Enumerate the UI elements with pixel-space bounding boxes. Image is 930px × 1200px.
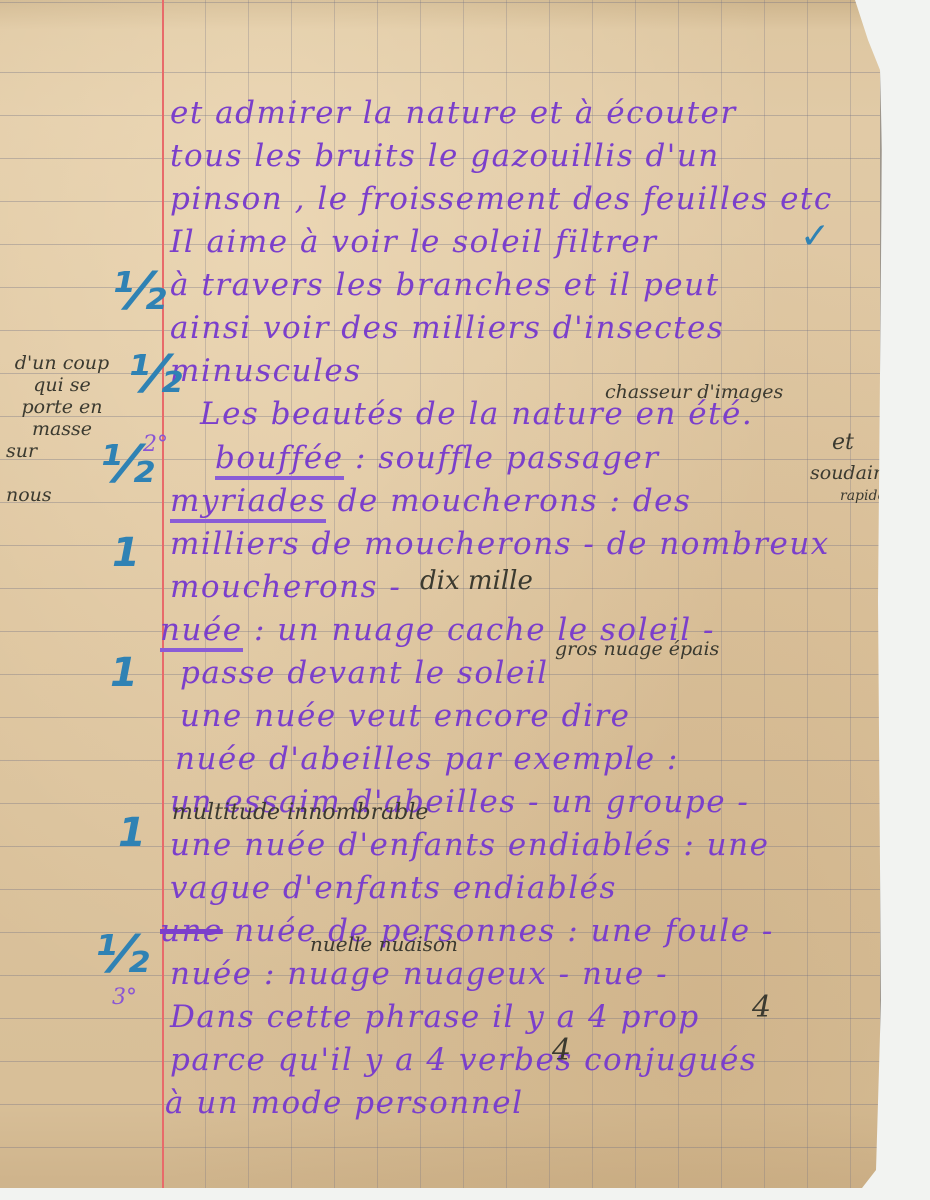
text-line: à travers les branches et il peut — [170, 267, 720, 303]
text-line: moucherons - — [170, 569, 401, 605]
text-line: milliers de moucherons - de nombreux — [170, 526, 830, 562]
pencil-annotation: multitude innombrable — [172, 800, 428, 825]
grade-mark: ½ — [128, 345, 182, 405]
grade-mark: 1 — [118, 810, 146, 856]
text-line: tous les bruits le gazouillis d'un — [170, 138, 720, 174]
margin-note-line: d'un coup — [2, 352, 122, 374]
text-line: passe devant le soleil — [180, 655, 549, 691]
text-line: à un mode personnel — [165, 1085, 524, 1121]
grade-mark: ½ — [95, 925, 149, 985]
text-line: nuée d'abeilles par exemple : — [175, 741, 679, 777]
definition-text: de moucherons : des — [326, 483, 691, 519]
text-line: une nuée de personnes : une foule - — [160, 913, 774, 949]
defined-word: myriades — [170, 483, 326, 523]
defined-word: nuée — [160, 612, 243, 652]
text-line: une nuée d'enfants endiablés : une — [170, 827, 769, 863]
text-line: Il aime à voir le soleil filtrer — [170, 224, 657, 260]
text-line: parce qu'il y a 4 verbes conjugués — [170, 1042, 757, 1078]
grade-mark: 1 — [112, 530, 140, 576]
pencil-annotation: gros nuage épais — [555, 638, 719, 660]
section-marker: 3° — [112, 985, 137, 1010]
pencil-annotation: dix mille — [420, 566, 533, 596]
grade-mark: 1 — [110, 650, 138, 696]
margin-note-line: qui se — [2, 374, 122, 396]
grade-mark: ½ — [112, 262, 166, 322]
pencil-correction: 4 — [552, 1033, 571, 1068]
line-text: nuée de personnes : une foule - — [223, 913, 774, 949]
pencil-correction: 4 — [752, 990, 771, 1025]
margin-note-line: porte en — [2, 396, 122, 418]
text-line: pinson , le froissement des feuilles etc — [170, 181, 833, 217]
text-line: Dans cette phrase il y a 4 prop — [170, 999, 700, 1035]
pencil-annotation: soudain — [810, 462, 885, 484]
grade-mark: ½ — [100, 435, 154, 495]
struck-word: une — [160, 913, 223, 949]
text-line: une nuée veut encore dire — [180, 698, 631, 734]
pencil-annotation: nuelle nuaison — [310, 932, 458, 956]
red-margin-line — [162, 0, 164, 1188]
text-line: et admirer la nature et à écouter — [170, 95, 737, 131]
grade-check-mark: ✓ — [800, 216, 830, 257]
definition-line: myriades de moucherons : des — [170, 483, 691, 519]
pencil-annotation: rapide — [840, 488, 886, 504]
notebook-page: et admirer la nature et à écouter tous l… — [0, 0, 880, 1188]
definition-text: : souffle passager — [344, 440, 660, 476]
definition-line: bouffée : souffle passager — [215, 440, 660, 476]
pencil-annotation: et — [832, 430, 854, 455]
text-line: ainsi voir des milliers d'insectes — [170, 310, 724, 346]
text-line: nuée : nuage nuageux - nue - — [170, 956, 668, 992]
text-line: vague d'enfants endiablés — [170, 870, 617, 906]
text-line: minuscules — [170, 353, 362, 389]
pencil-annotation: chasseur d'images — [605, 381, 783, 403]
defined-word: bouffée — [215, 440, 344, 480]
